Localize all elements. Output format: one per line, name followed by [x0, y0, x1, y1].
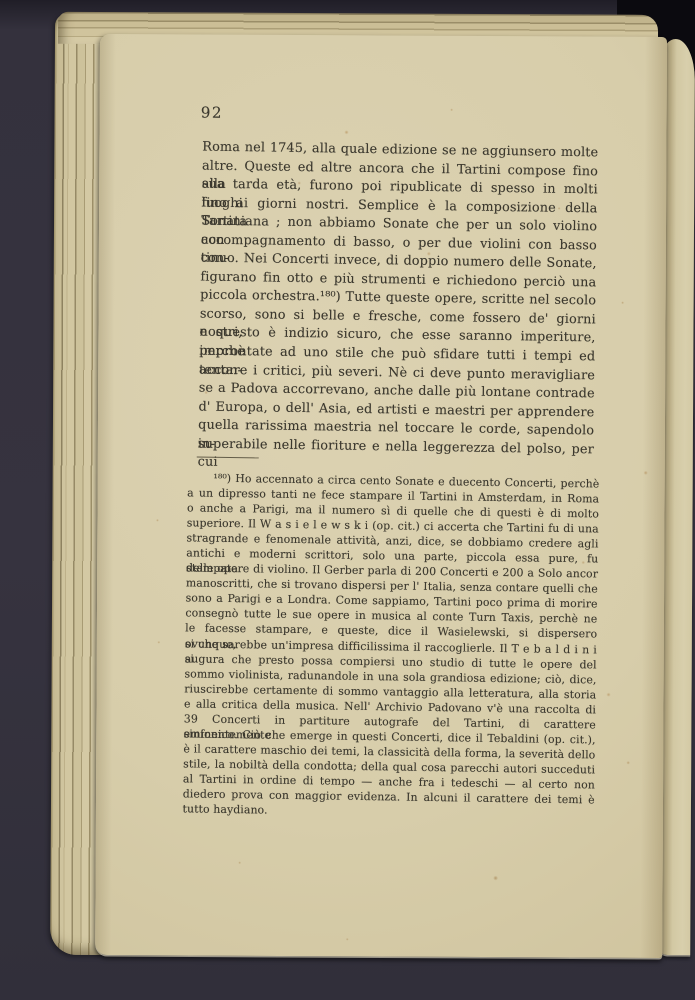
scanned-book-photo: { "page": { "number": "92", "body_lines"…: [0, 0, 695, 1000]
page-text-layer: 92 Roma nel 1745, alla quale edizione se…: [0, 0, 695, 1000]
book: 92 Roma nel 1745, alla quale edizione se…: [0, 0, 695, 1000]
footnote-text: ¹⁸⁰) Ho accennato a circa cento Sonate e…: [182, 470, 599, 822]
page-number: 92: [201, 104, 223, 122]
body-text: Roma nel 1745, alla quale edizione se ne…: [198, 139, 599, 460]
